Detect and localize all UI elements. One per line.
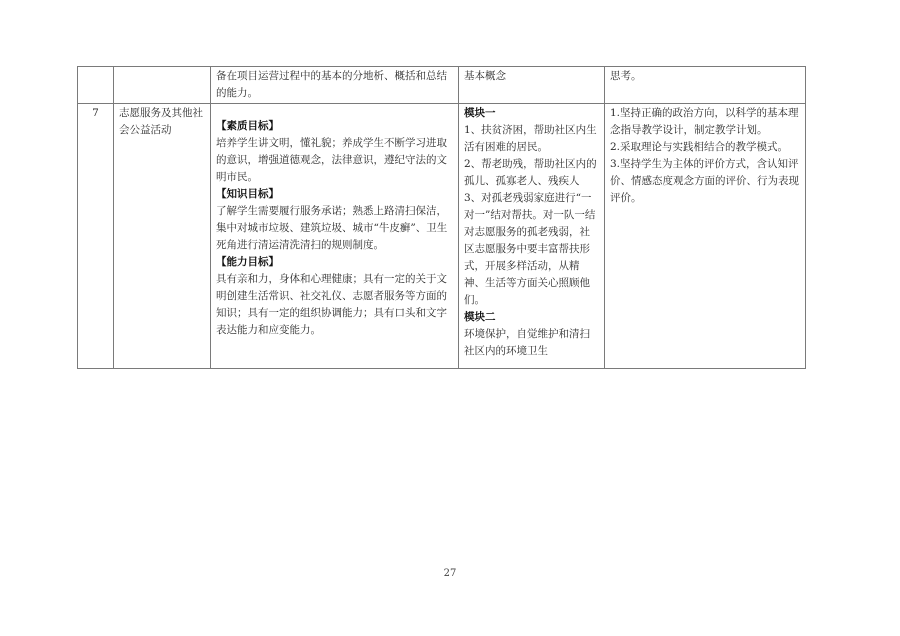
ability-objective-text: 具有亲和力，身体和心理健康；具有一定的关于文明创建生活常识、社交礼仪、志愿者服务…: [216, 271, 453, 339]
curriculum-table: 备在项目运营过程中的基本的分地析、概括和总结的能力。 基本概念 思考。 7 志愿…: [77, 66, 806, 369]
knowledge-objective-text: 了解学生需要履行服务承诺；熟悉上路清扫保洁，集中对城市垃圾、建筑垃圾、城市“牛皮…: [216, 203, 453, 254]
quality-objective-text: 培养学生讲文明，懂礼貌；养成学生不断学习进取的意识，增强道德观念，法律意识，遵纪…: [216, 135, 453, 186]
cell-number: 7: [78, 104, 114, 369]
knowledge-objective-heading: 【知识目标】: [216, 186, 453, 203]
ability-objective-heading: 【能力目标】: [216, 254, 453, 271]
module-1-item-1: 1、扶贫济困，帮助社区内生活有困难的居民。: [464, 122, 599, 156]
page-number: 27: [0, 568, 900, 579]
cell-content: 基本概念: [459, 67, 605, 104]
cell-teaching: 思考。: [605, 67, 806, 104]
module-1-item-3: 3、对孤老残弱家庭进行“一对一”结对帮扶。对一队一结对志愿服务的孤老残弱，社区志…: [464, 190, 599, 309]
teaching-item-2: 2.采取理论与实践相结合的教学模式。: [610, 139, 800, 156]
cell-teaching: 1.坚持正确的政治方向，以科学的基本理念指导教学设计，制定教学计划。 2.采取理…: [605, 104, 806, 369]
teaching-item-1: 1.坚持正确的政治方向，以科学的基本理念指导教学设计，制定教学计划。: [610, 105, 800, 139]
table-row-7: 7 志愿服务及其他社会公益活动 【素质目标】 培养学生讲文明，懂礼貌；养成学生不…: [78, 104, 806, 369]
module-1-item-2: 2、帮老助残，帮助社区内的孤儿、孤寡老人、残疾人: [464, 156, 599, 190]
cell-number: [78, 67, 114, 104]
cell-objectives: 【素质目标】 培养学生讲文明，懂礼貌；养成学生不断学习进取的意识，增强道德观念，…: [211, 104, 459, 369]
table-row-continued: 备在项目运营过程中的基本的分地析、概括和总结的能力。 基本概念 思考。: [78, 67, 806, 104]
cell-course-name: [114, 67, 211, 104]
cell-course-name: 志愿服务及其他社会公益活动: [114, 104, 211, 369]
cell-objectives: 备在项目运营过程中的基本的分地析、概括和总结的能力。: [211, 67, 459, 104]
module-1-heading: 模块一: [464, 105, 599, 122]
quality-objective-heading: 【素质目标】: [216, 118, 453, 135]
module-2-text: 环境保护，自觉维护和清扫社区内的环境卫生: [464, 326, 599, 360]
cell-content: 模块一 1、扶贫济困，帮助社区内生活有困难的居民。 2、帮老助残，帮助社区内的孤…: [459, 104, 605, 369]
teaching-item-3: 3.坚持学生为主体的评价方式，含认知评价、情感态度观念方面的评价、行为表现评价。: [610, 156, 800, 207]
module-2-heading: 模块二: [464, 309, 599, 326]
